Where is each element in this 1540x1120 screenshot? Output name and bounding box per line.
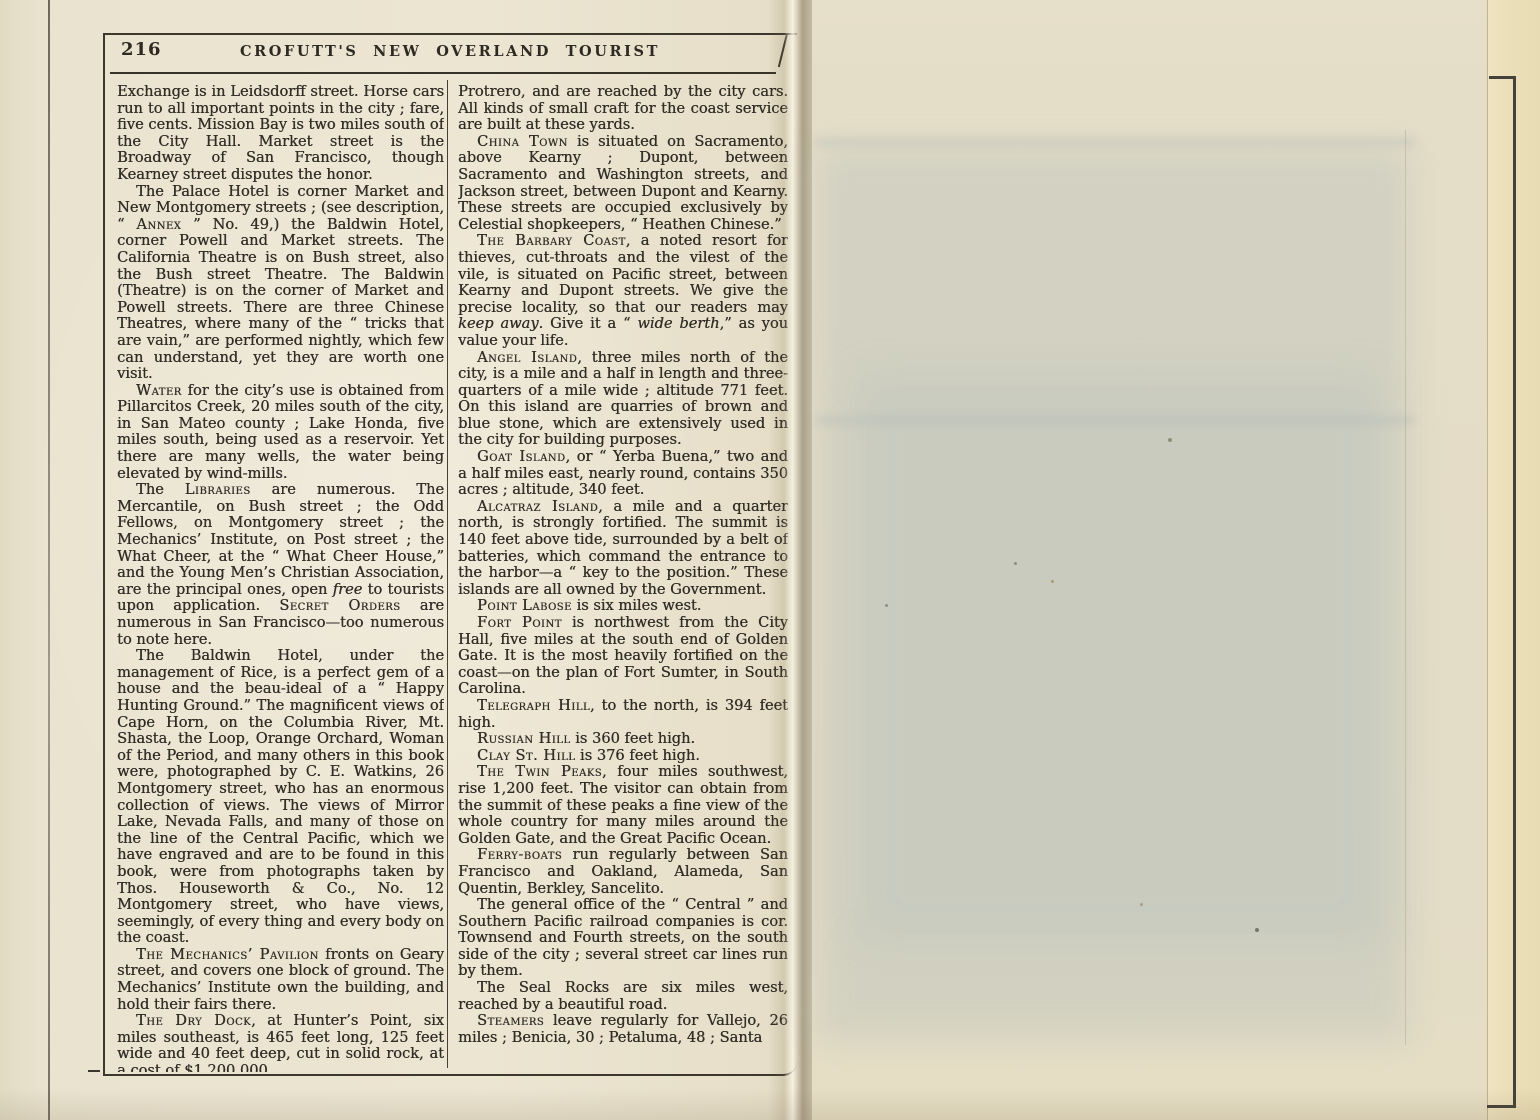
paragraph: The Barbary Coast, a noted resort for th…: [458, 233, 788, 349]
body-text: The Baldwin Hotel, under the management …: [117, 647, 444, 946]
body-text: is 360 feet high.: [570, 730, 695, 747]
page-border-dash: [88, 1070, 100, 1072]
body-text: is 376 feet high.: [575, 747, 700, 764]
paragraph: The Twin Peaks, four miles southwest, ri…: [458, 764, 788, 847]
paragraph: Fort Point is northwest from the City Ha…: [458, 615, 788, 698]
book-scan: 216 CROFUTT'S NEW OVERLAND TOURIST Excha…: [0, 0, 1540, 1120]
paragraph: Steamers leave regularly for Vallejo, 26…: [458, 1013, 788, 1046]
paragraph: Angel Island, three miles north of the c…: [458, 350, 788, 450]
italic-text: keep away: [458, 315, 538, 332]
printed-page: 216 CROFUTT'S NEW OVERLAND TOURIST Excha…: [0, 0, 812, 1120]
lead-small-caps: The Dry Dock: [136, 1012, 251, 1029]
paragraph: Ferry-boats run regularly between San Fr…: [458, 847, 788, 897]
paragraph: Telegraph Hill, to the north, is 394 fee…: [458, 698, 788, 731]
lead-small-caps: Goat Island: [477, 448, 565, 465]
body-text: The Seal Rocks are six miles west, reach…: [458, 979, 788, 1013]
lead-small-caps: Steamers: [477, 1012, 544, 1029]
paper-speck: [1140, 903, 1143, 906]
paragraph: The Seal Rocks are six miles west, reach…: [458, 980, 788, 1013]
lead-small-caps: Russian Hill: [477, 730, 570, 747]
paragraph: Russian Hill is 360 feet high.: [458, 731, 788, 748]
paper-band: [815, 416, 1415, 425]
lead-small-caps: Ferry-boats: [477, 846, 562, 863]
body-text: The general office of the “ Central ” an…: [458, 896, 788, 979]
bottom-edge-shadow: [0, 1088, 1540, 1120]
body-text: The: [136, 481, 185, 498]
lead-small-caps: The Barbary Coast: [477, 232, 626, 249]
paragraph: Goat Island, or “ Yerba Buena,” two and …: [458, 449, 788, 499]
lead-small-caps: Alcatraz Island: [477, 498, 598, 515]
column-divider: [447, 80, 448, 1068]
body-text: ” No. 49,) the Baldwin Hotel, corner Pow…: [117, 216, 444, 382]
paper-speck: [1051, 580, 1054, 583]
paragraph: Exchange is in Leidsdorff street. Horse …: [117, 84, 444, 184]
paper-speck: [1255, 928, 1259, 932]
lead-small-caps: China Town: [477, 133, 568, 150]
text-column-right: Protrero, and are reached by the city ca…: [458, 84, 788, 1072]
paragraph: China Town is situated on Sacramento, ab…: [458, 134, 788, 234]
body-text: Exchange is in Leidsdorff street. Horse …: [117, 84, 444, 183]
running-title: CROFUTT'S NEW OVERLAND TOURIST: [140, 43, 760, 60]
italic-text: free: [333, 581, 363, 598]
paper-speck: [1168, 438, 1172, 442]
paper-band: [815, 138, 1415, 147]
lead-small-caps: Angel Island: [477, 349, 577, 366]
lead-small-caps: Telegraph Hill: [477, 697, 590, 714]
lead-small-caps: Point Labose: [477, 597, 572, 614]
body-text: . Give it a “: [538, 315, 637, 332]
lead-small-caps: Secret Orders: [279, 597, 400, 614]
next-page-rule-top: [1489, 76, 1515, 79]
paragraph: The Dry Dock, at Hunter’s Point, six mil…: [117, 1013, 444, 1072]
paragraph: The Mechanics’ Pavilion fronts on Geary …: [117, 947, 444, 1013]
showthrough-wash-inner: [860, 380, 1380, 940]
lead-small-caps: Clay St. Hill: [477, 747, 575, 764]
text-column-left: Exchange is in Leidsdorff street. Horse …: [117, 84, 444, 1072]
paper-speck: [1014, 562, 1017, 565]
lead-small-caps: The Twin Peaks: [477, 763, 602, 780]
paper-speck: [885, 604, 888, 607]
next-page-rule-right: [1513, 76, 1516, 1107]
paragraph: The Baldwin Hotel, under the management …: [117, 648, 444, 947]
body-text: is six miles west.: [572, 597, 702, 614]
paragraph: The Palace Hotel is corner Market and Ne…: [117, 184, 444, 383]
underlying-page-edge: [48, 0, 50, 1120]
lead-small-caps: Annex: [136, 216, 181, 233]
lead-small-caps: The Mechanics’ Pavilion: [136, 946, 319, 963]
paragraph: Alcatraz Island, a mile and a quarter no…: [458, 499, 788, 599]
paragraph: Protrero, and are reached by the city ca…: [458, 84, 788, 134]
lead-small-caps: Fort Point: [477, 614, 562, 631]
paragraph: Clay St. Hill is 376 feet high.: [458, 748, 788, 765]
paragraph: Point Labose is six miles west.: [458, 598, 788, 615]
italic-text: wide berth: [637, 315, 719, 332]
paragraph: The Libraries are numerous. The Mercanti…: [117, 482, 444, 648]
body-text: Protrero, and are reached by the city ca…: [458, 84, 788, 133]
paragraph: Water for the city’s use is obtained fro…: [117, 383, 444, 483]
showthrough-edge: [1405, 130, 1406, 1045]
paragraph: The general office of the “ Central ” an…: [458, 897, 788, 980]
lead-small-caps: Water: [136, 382, 182, 399]
header-rule: [110, 72, 776, 74]
lead-small-caps: Libraries: [185, 481, 251, 498]
